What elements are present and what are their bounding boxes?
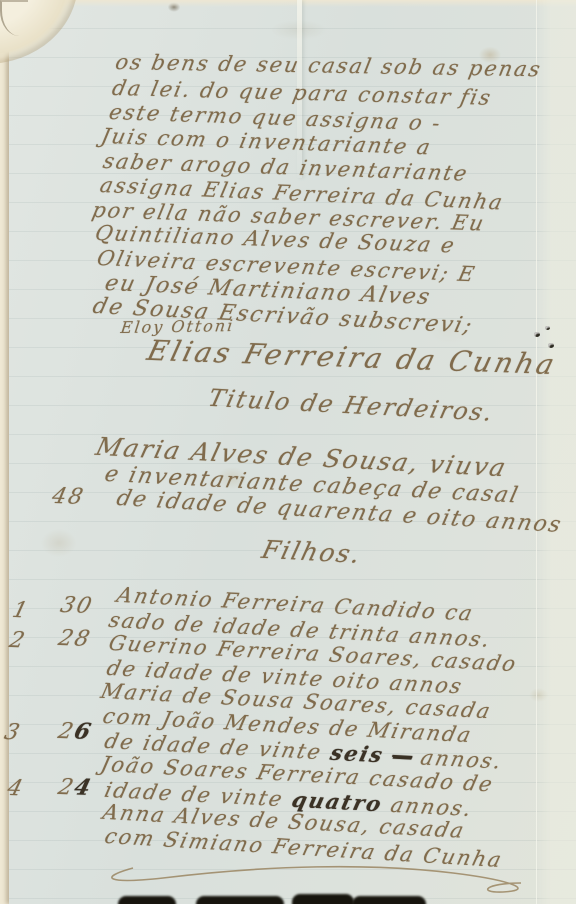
fold-crease-right [536, 0, 576, 904]
next-page-edge [118, 896, 176, 904]
next-page-edge [196, 896, 284, 904]
margin-age-48: 48 [50, 484, 87, 510]
margin-age: 30 [58, 593, 96, 619]
ink-speck [548, 343, 554, 348]
page-top-edge [0, 0, 576, 7]
ink-speck [534, 332, 540, 337]
section-heading-filhos: Filhos. [259, 535, 365, 569]
scanned-manuscript-page: os bens de seu casal sob as penas da lei… [0, 0, 576, 904]
signature-clerk: Eloy Ottoni [120, 316, 236, 337]
margin-age-corrected: 24 [56, 774, 96, 801]
margin-age: 28 [56, 626, 94, 652]
next-page-edge [352, 896, 426, 904]
margin-age-corrected: 26 [56, 718, 96, 745]
next-page-edge [292, 894, 354, 904]
ink-speck [545, 326, 550, 330]
